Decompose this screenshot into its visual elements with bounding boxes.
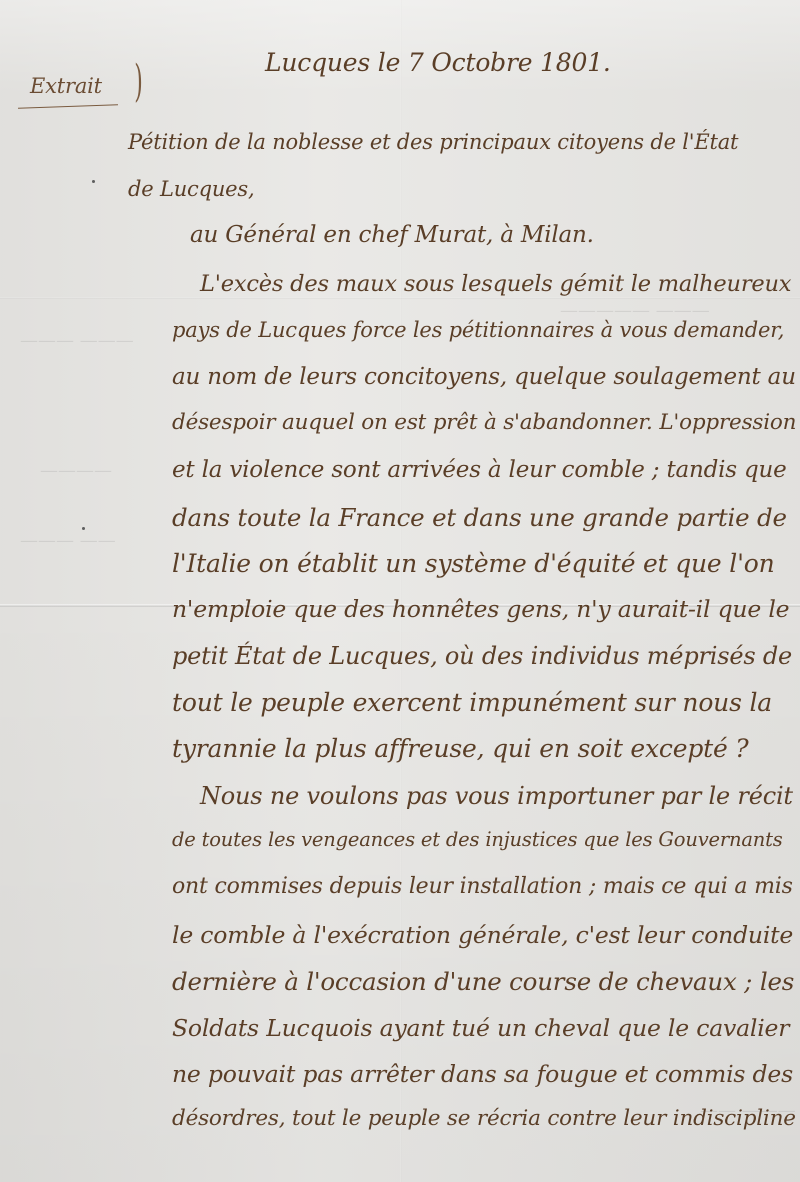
ink-dot	[92, 180, 95, 183]
paper-crease	[400, 0, 402, 1182]
body-line: l'Italie on établit un système d'équité …	[172, 549, 775, 578]
bleed-through-text: ——— ———	[20, 330, 134, 351]
body-line: le comble à l'exécration générale, c'est…	[172, 921, 793, 949]
heading-line-2: de Lucques,	[128, 177, 254, 201]
heading-line-3: au Général en chef Murat, à Milan.	[190, 222, 594, 248]
body-line: au nom de leurs concitoyens, quelque sou…	[172, 364, 796, 390]
margin-note-text: Extrait	[30, 74, 102, 98]
ink-dot	[82, 527, 85, 530]
body-line: pays de Lucques force les pétitionnaires…	[172, 318, 784, 342]
body-line: Nous ne voulons pas vous importuner par …	[200, 782, 793, 810]
margin-note-underline	[18, 104, 118, 108]
body-line: Soldats Lucquois ayant tué un cheval que…	[172, 1014, 789, 1042]
bleed-through-text: ————	[40, 460, 112, 481]
body-line: dernière à l'occasion d'une course de ch…	[172, 967, 794, 996]
body-line: et la violence sont arrivées à leur comb…	[172, 457, 787, 483]
body-line: L'excès des maux sous lesquels gémit le …	[200, 271, 791, 297]
body-line: de toutes les vengeances et des injustic…	[172, 828, 783, 851]
body-line: ne pouvait pas arrêter dans sa fougue et…	[172, 1060, 793, 1088]
margin-note-bracket: )	[134, 56, 142, 107]
body-line: tout le peuple exercent impunément sur n…	[172, 688, 772, 717]
bleed-through-text: ——— ——	[20, 530, 116, 551]
body-line: désordres, tout le peuple se récria cont…	[172, 1106, 796, 1131]
manuscript-page: ————— ——— ——— ——— ———— ——— —— —— ——— Ext…	[0, 0, 800, 1182]
body-line: dans toute la France et dans une grande …	[172, 503, 787, 532]
body-line: tyrannie la plus affreuse, qui en soit e…	[172, 734, 749, 763]
body-line: petit État de Lucques, où des individus …	[172, 642, 792, 670]
body-line: ont commises depuis leur installation ; …	[172, 874, 793, 899]
heading-line-1: Pétition de la noblesse et des principau…	[128, 130, 738, 154]
dateline: Lucques le 7 Octobre 1801.	[265, 48, 611, 77]
paper-fold	[0, 297, 800, 299]
body-line: désespoir auquel on est prêt à s'abandon…	[172, 410, 796, 435]
body-line: n'emploie que des honnêtes gens, n'y aur…	[172, 595, 789, 623]
margin-note: Extrait )	[30, 74, 102, 98]
